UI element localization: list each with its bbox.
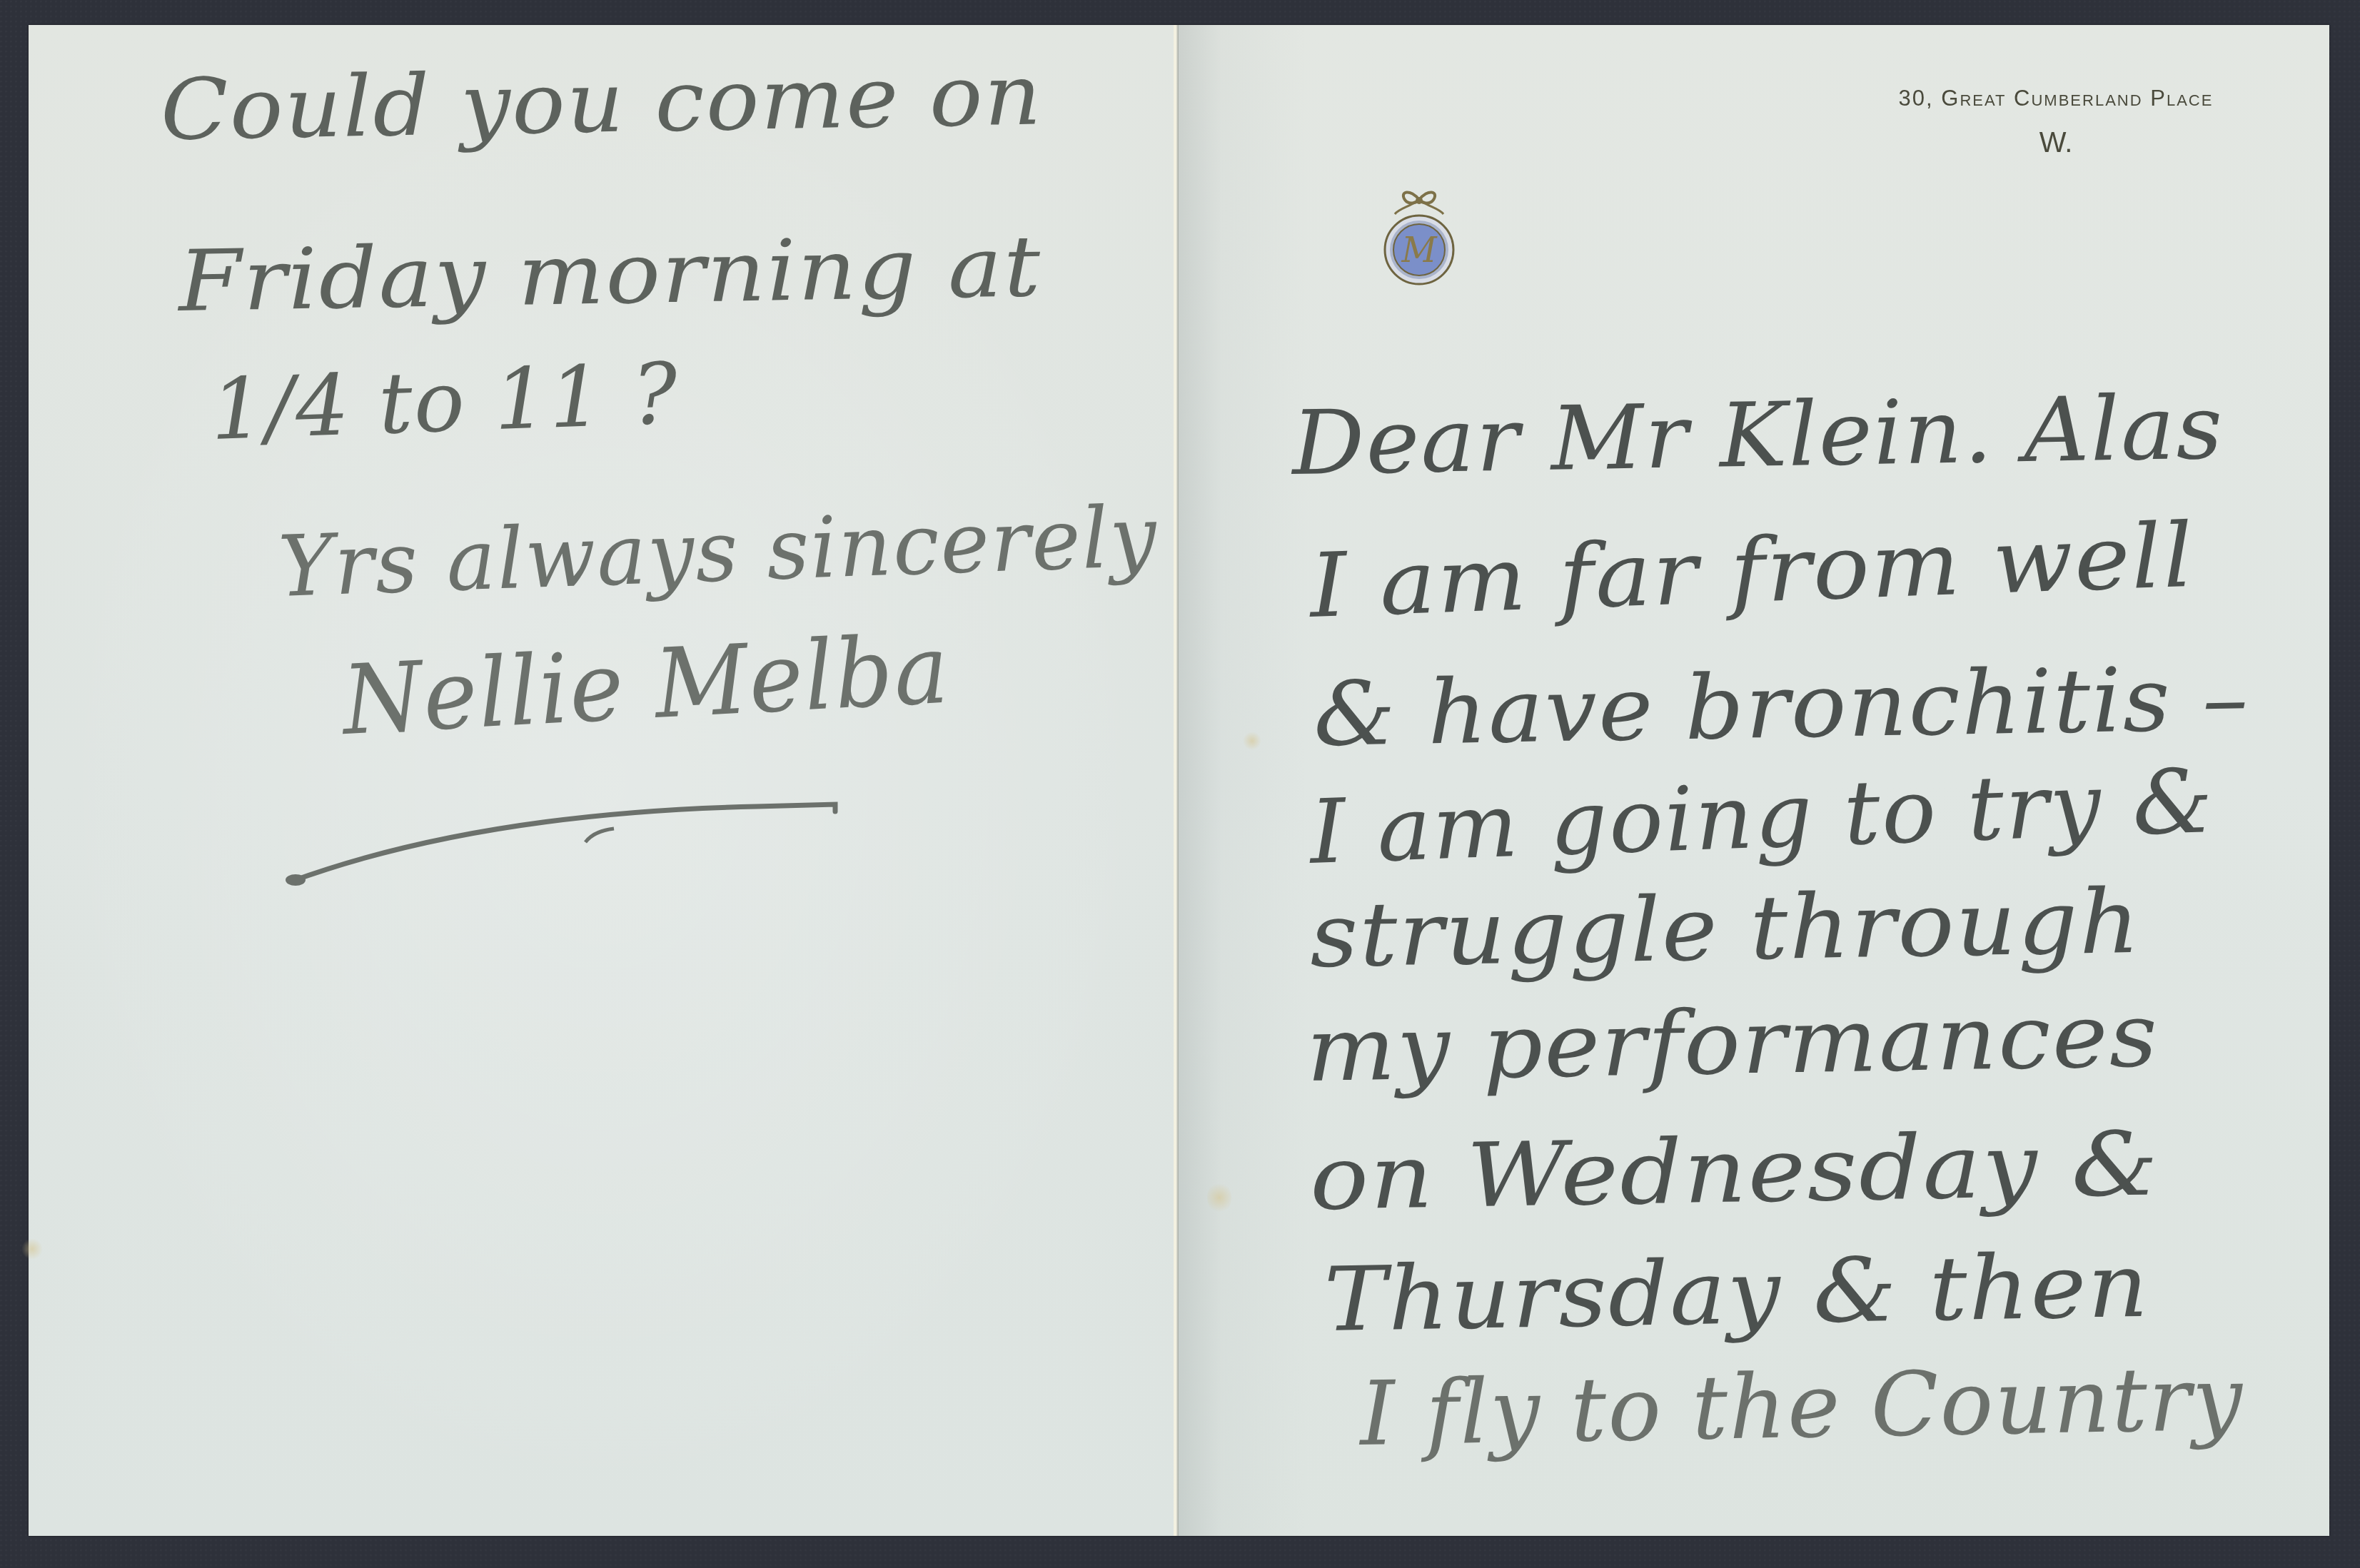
letterhead-street: 30, Great Cumberland Place — [1777, 86, 2334, 111]
left-line-1: Could you come on — [160, 52, 1043, 152]
signature-flourish-underline — [286, 767, 999, 896]
left-page: Could you come on Friday morning at 1/4 … — [29, 25, 1176, 1536]
right-line-7: on Wednesday & — [1309, 1120, 2160, 1223]
right-line-1-salutation: Dear Mr Klein. Alas — [1291, 383, 2224, 488]
left-line-2: Friday morning at — [178, 224, 1042, 323]
right-line-6: my performances — [1306, 991, 2159, 1095]
right-line-8: Thursday & then — [1323, 1242, 2150, 1345]
letterhead: 30, Great Cumberland Place W. — [1777, 86, 2334, 159]
closing-text: Yrs always sincerely — [277, 494, 1159, 609]
monogram-crest-icon: M — [1376, 187, 1462, 287]
left-line-3: 1/4 to 11 ? — [209, 351, 680, 452]
paper-stain — [1243, 732, 1261, 750]
right-line-3: & have bronchitis – — [1313, 654, 2251, 759]
paper-stain — [21, 1238, 43, 1260]
signature: Nellie Melba — [340, 622, 952, 749]
right-line-9: I fly to the Country — [1359, 1355, 2244, 1459]
letterhead-district: W. — [1777, 127, 2334, 159]
right-line-5: struggle through — [1309, 878, 2142, 981]
paper-stain — [1207, 1181, 1231, 1214]
svg-text:M: M — [1401, 231, 1438, 270]
